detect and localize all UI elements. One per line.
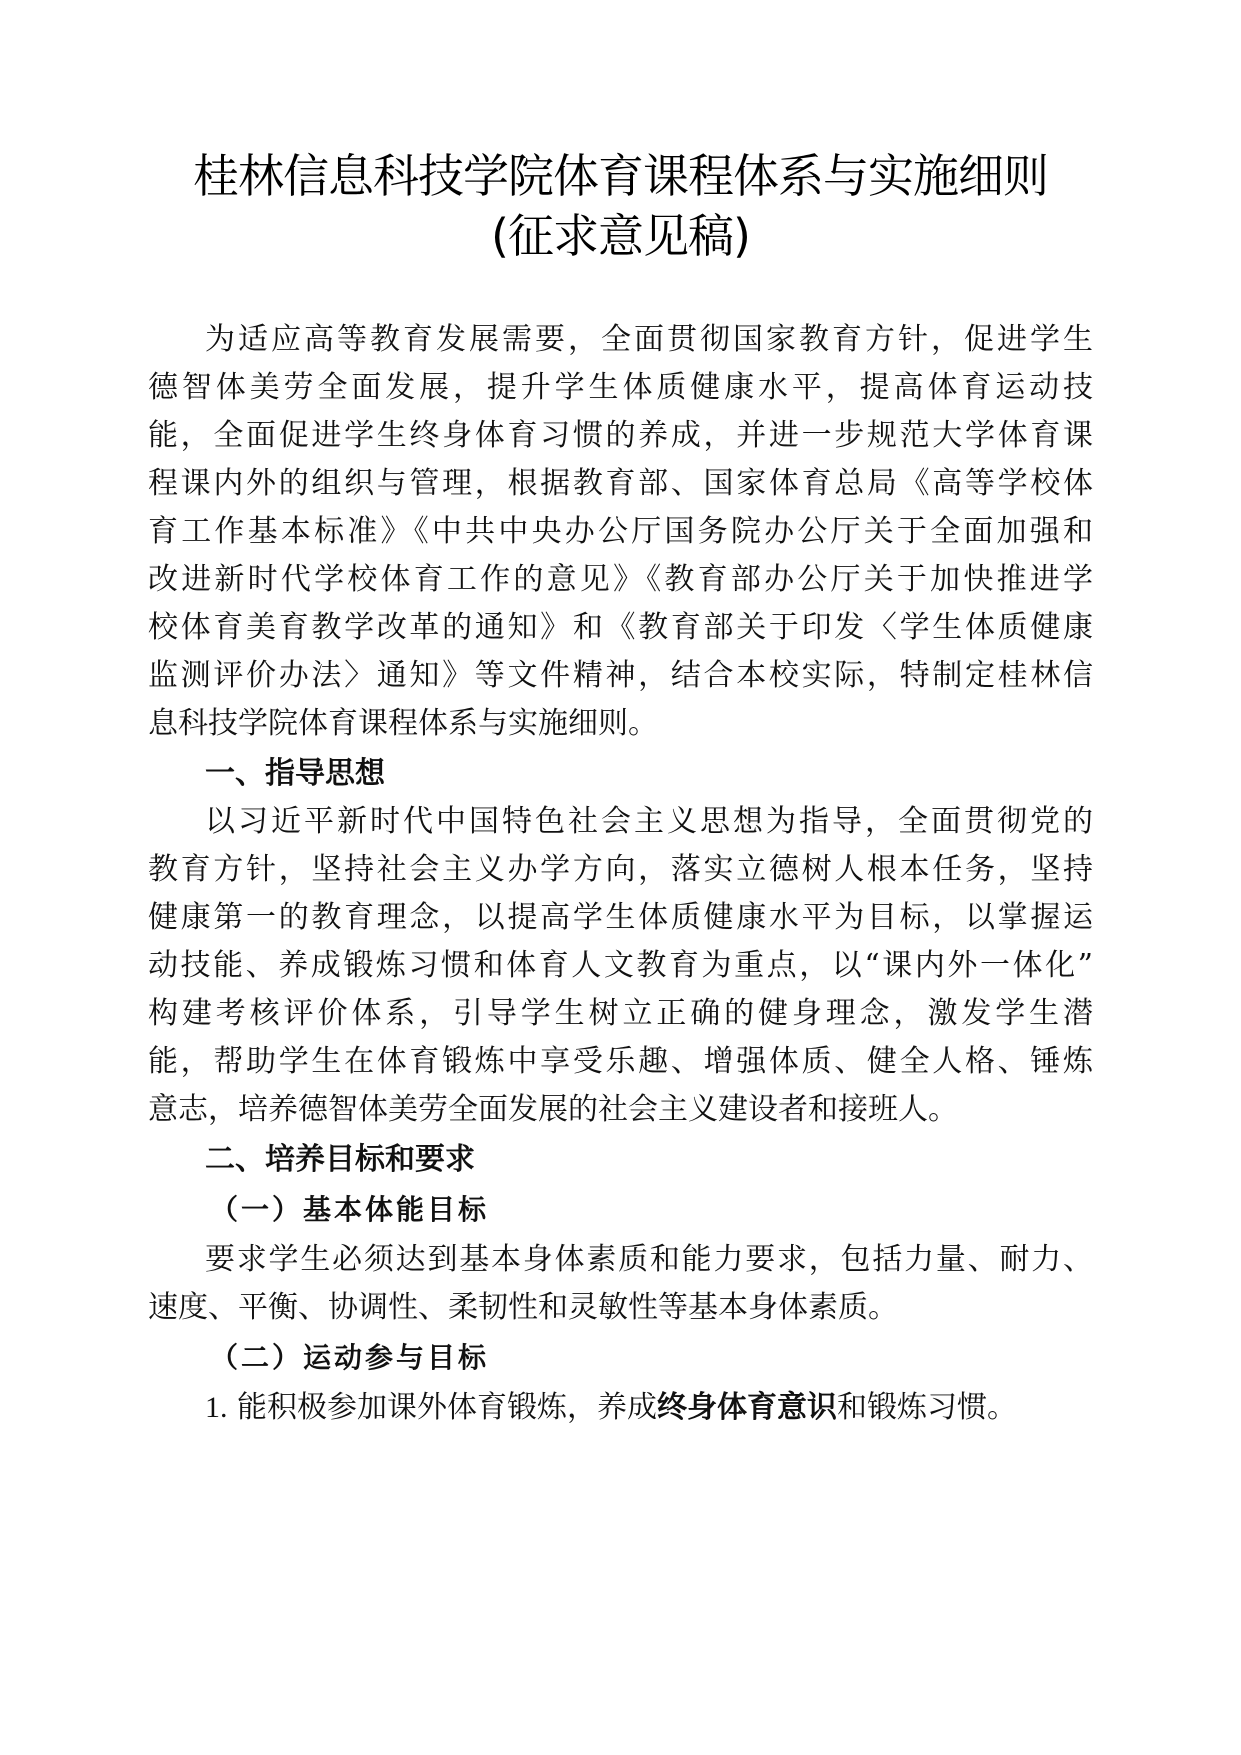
section1-line: 健康第一的教育理念，以提高学生体质健康水平为目标，以掌握运	[148, 898, 1093, 938]
section1-line: 以习近平新时代中国特色社会主义思想为指导，全面贯彻党的	[205, 802, 1093, 842]
intro-line: 德智体美劳全面发展，提升学生体质健康水平，提高体育运动技	[148, 368, 1093, 408]
list-item-number: 1.	[205, 1391, 228, 1424]
section-heading: 二、培养目标和要求	[205, 1140, 475, 1180]
section-heading: 一、指导思想	[205, 754, 385, 794]
intro-line: 校体育美育教学改革的通知》和《教育部关于印发〈学生体质健康	[148, 608, 1093, 648]
section1-line: 动技能、养成锻炼习惯和体育人文教育为重点，以“课内外一体化”	[148, 946, 1093, 986]
section1-line: 构建考核评价体系，引导学生树立正确的健身理念，激发学生潜	[148, 994, 1093, 1034]
section1-line: 意志，培养德智体美劳全面发展的社会主义建设者和接班人。	[148, 1090, 1093, 1130]
list-item: 1. 能积极参加课外体育锻炼，养成终身体育意识和锻炼习惯。	[205, 1388, 1093, 1428]
intro-line: 息科技学院体育课程体系与实施细则。	[148, 704, 1093, 744]
subsection-heading: （二）运动参与目标	[210, 1338, 489, 1378]
intro-line: 能，全面促进学生终身体育习惯的养成，并进一步规范大学体育课	[148, 416, 1093, 456]
list-item-text-end: 和锻炼习惯。	[837, 1390, 1017, 1425]
subsection1-line: 速度、平衡、协调性、柔韧性和灵敏性等基本身体素质。	[148, 1288, 1093, 1328]
subsection-heading: （一）基本体能目标	[210, 1190, 489, 1230]
intro-line: 监测评价办法〉通知》等文件精神，结合本校实际，特制定桂林信	[148, 656, 1093, 696]
subsection1-line: 要求学生必须达到基本身体素质和能力要求，包括力量、耐力、	[205, 1240, 1093, 1280]
section1-line: 能，帮助学生在体育锻炼中享受乐趣、增强体质、健全人格、锤炼	[148, 1042, 1093, 1082]
intro-line: 育工作基本标准》《中共中央办公厅国务院办公厅关于全面加强和	[148, 512, 1093, 552]
intro-line: 改进新时代学校体育工作的意见》《教育部办公厅关于加快推进学	[148, 560, 1093, 600]
list-item-emphasis: 终身体育意识	[657, 1390, 837, 1425]
document-subtitle: (征求意见稿)	[0, 205, 1241, 267]
list-item-text: 能积极参加课外体育锻炼，养成	[237, 1390, 657, 1425]
intro-line: 程课内外的组织与管理，根据教育部、国家体育总局《高等学校体	[148, 464, 1093, 504]
section1-line: 教育方针，坚持社会主义办学方向，落实立德树人根本任务，坚持	[148, 850, 1093, 890]
document-title: 桂林信息科技学院体育课程体系与实施细则	[0, 145, 1241, 207]
document-page: 桂林信息科技学院体育课程体系与实施细则 (征求意见稿) 为适应高等教育发展需要，…	[0, 0, 1241, 1755]
intro-line: 为适应高等教育发展需要，全面贯彻国家教育方针，促进学生	[205, 320, 1093, 360]
